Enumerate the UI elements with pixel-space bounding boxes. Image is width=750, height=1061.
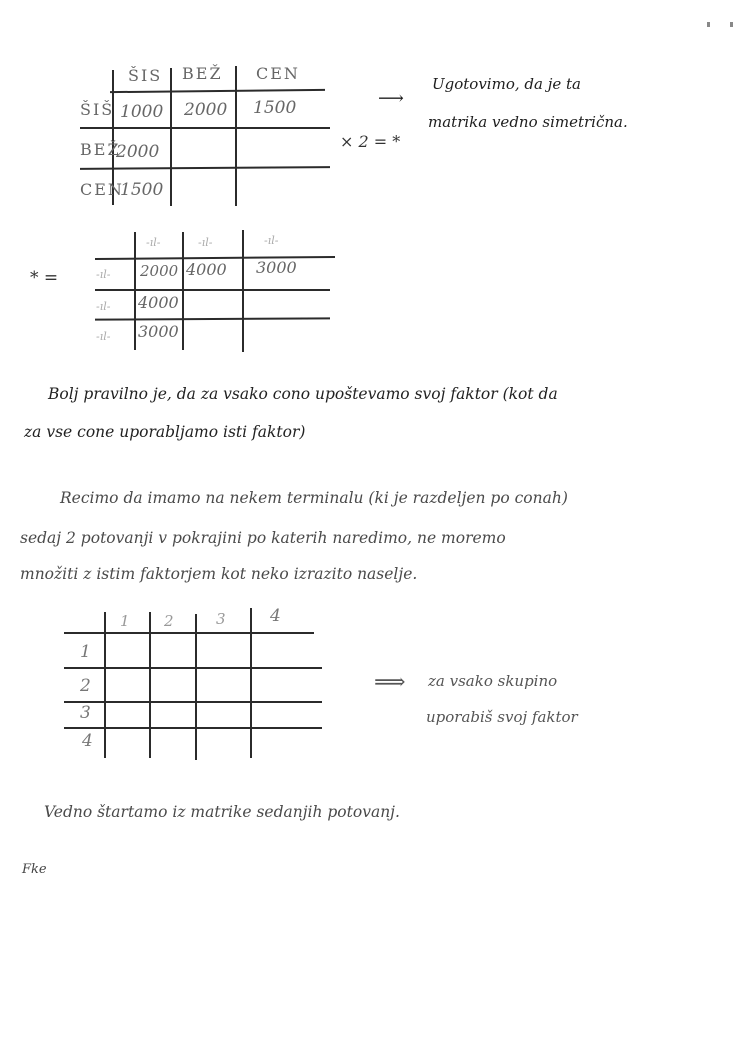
table-line xyxy=(64,632,314,634)
table-line xyxy=(110,89,325,93)
table-line xyxy=(95,289,330,291)
table-cell: 2000 xyxy=(140,262,178,280)
column-header: 2 xyxy=(164,612,174,630)
row-header: 2 xyxy=(80,676,91,696)
table-line xyxy=(80,127,330,129)
column-header: 3 xyxy=(216,610,226,628)
table-line xyxy=(104,612,106,758)
row-header: -ıl- xyxy=(96,268,110,281)
table-line xyxy=(64,667,322,669)
table-line xyxy=(182,232,184,350)
column-header: BEŽ xyxy=(182,64,223,83)
current-trips-paragraph: Vedno štartamo iz matrike sedanjih potov… xyxy=(44,792,400,832)
table-line xyxy=(242,230,244,352)
symmetry-note-line2: matrika vedno simetrična. xyxy=(428,113,628,131)
scan-mark xyxy=(730,22,733,27)
group-note-line2: uporabiš svoj faktor xyxy=(426,708,578,726)
double-arrow-icon: ⟹ xyxy=(374,670,406,696)
signature: Fke xyxy=(22,862,47,878)
table-cell: 2000 xyxy=(184,100,227,120)
equals-label: * = xyxy=(30,268,58,288)
paragraph-line: množiti z istim faktorjem kot neko izraz… xyxy=(20,554,417,594)
column-header: 4 xyxy=(270,606,281,626)
row-header: -ıl- xyxy=(96,300,110,313)
table-line xyxy=(64,701,322,703)
group-note-line1: za vsako skupino xyxy=(428,672,557,690)
column-header: -ıl- xyxy=(198,236,212,249)
row-header: ŠIŠ xyxy=(80,100,114,119)
column-header: 1 xyxy=(120,612,130,630)
column-header: ŠIS xyxy=(128,66,162,85)
table-cell: 3000 xyxy=(138,322,179,341)
table-line xyxy=(149,612,151,758)
row-header: 3 xyxy=(80,703,91,723)
table-line xyxy=(195,614,197,760)
row-header: 1 xyxy=(80,642,91,662)
column-header: -ıl- xyxy=(146,236,160,249)
paragraph-line: sedaj 2 potovanji v pokrajini po katerih… xyxy=(20,518,506,558)
table-line xyxy=(95,317,330,320)
table-line xyxy=(80,166,330,170)
paragraph-line: Recimo da imamo na nekem terminalu (ki j… xyxy=(60,478,568,518)
paragraph-line: Bolj pravilno je, da za vsako cono upošt… xyxy=(48,374,558,414)
row-header: CEN xyxy=(80,180,124,199)
table-cell: 1000 xyxy=(120,102,163,122)
table-cell: 3000 xyxy=(256,258,297,277)
table-line xyxy=(64,727,322,729)
table-cell: 1500 xyxy=(253,98,296,118)
table-line xyxy=(235,66,237,206)
arrow-icon: ⟶ xyxy=(378,88,404,110)
row-header: BEŽ xyxy=(80,140,121,159)
scan-mark xyxy=(707,22,710,27)
table-line xyxy=(170,68,172,206)
paragraph-line: za vse cone uporabljamo isti faktor) xyxy=(24,412,305,452)
table-line xyxy=(134,232,136,350)
row-header: 4 xyxy=(82,731,93,751)
table-cell: 4000 xyxy=(186,260,227,279)
row-header: -ıl- xyxy=(96,330,110,343)
table-cell: 2000 xyxy=(116,142,159,162)
multiply-operator: × 2 = * xyxy=(340,132,400,151)
symmetry-note-line1: Ugotovimo, da je ta xyxy=(432,75,581,93)
column-header: -ıl- xyxy=(264,234,278,247)
table-cell: 1500 xyxy=(120,180,163,200)
column-header: CEN xyxy=(256,64,300,83)
table-line xyxy=(250,608,252,758)
table-cell: 4000 xyxy=(138,293,179,312)
